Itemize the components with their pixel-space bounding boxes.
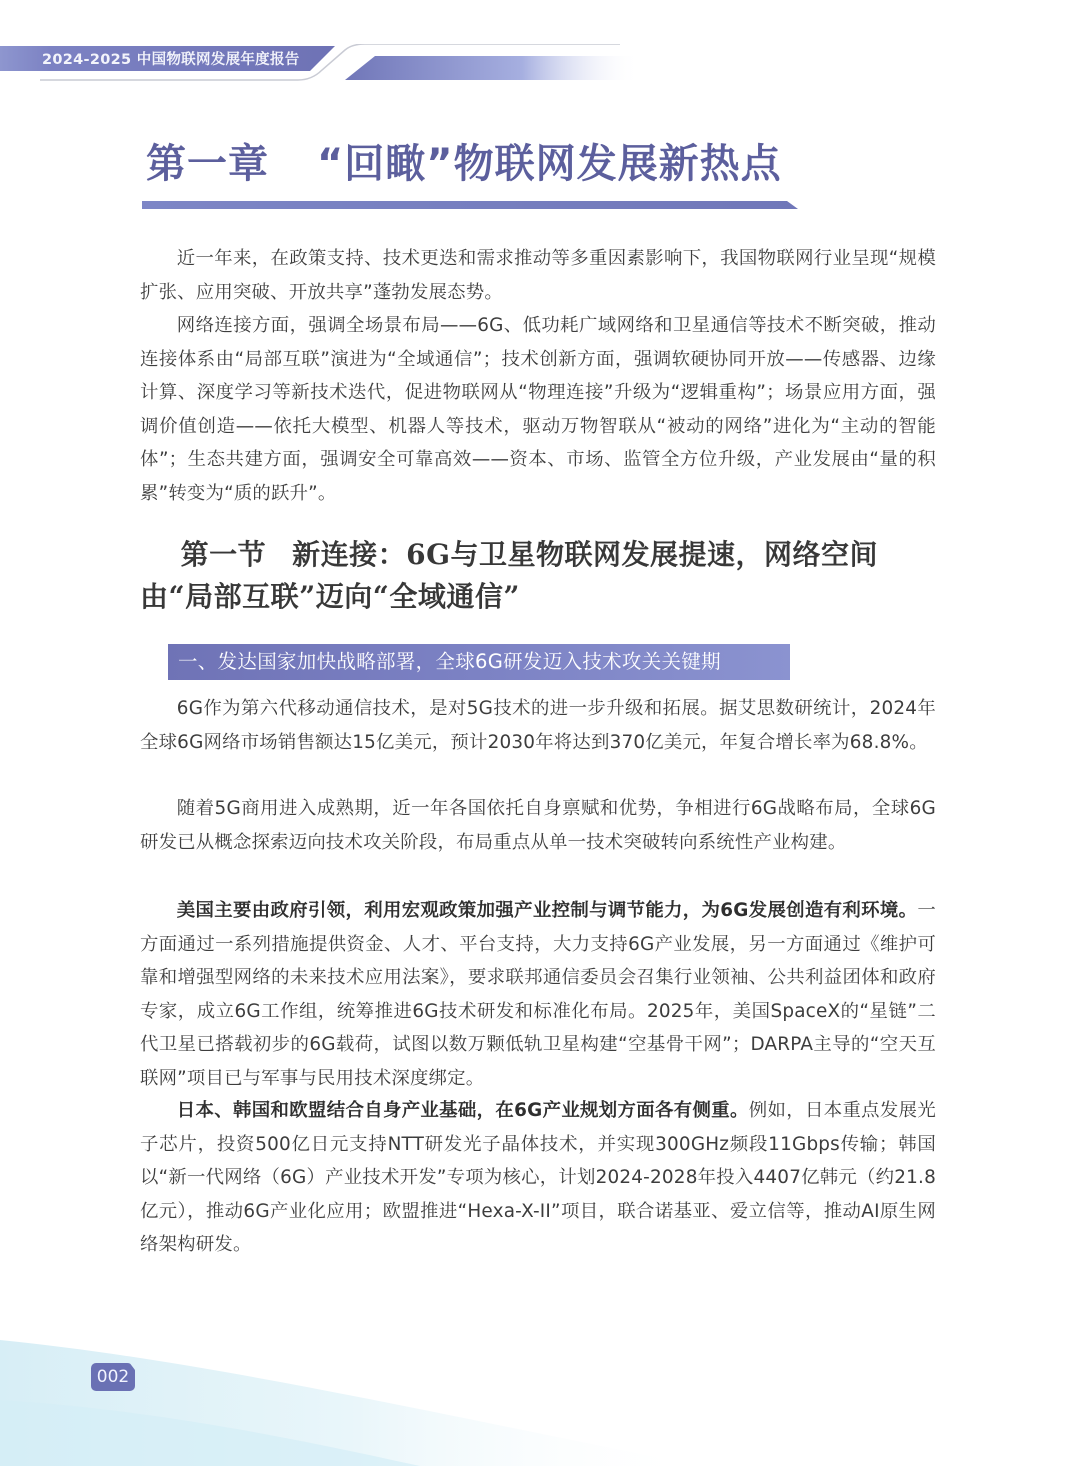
running-title: 2024-2025 中国物联网发展年度报告 (42, 48, 300, 69)
paragraph-lead: 日本、韩国和欧盟结合自身产业基础，在6G产业规划方面各有侧重。 (177, 1100, 749, 1121)
running-header: 2024-2025 中国物联网发展年度报告 (0, 44, 1080, 84)
paragraph-text: 例如，日本重点发展光子芯片，投资500亿日元支持NTT研发光子晶体技术，并实现3… (140, 1100, 936, 1255)
body-paragraph-4: 日本、韩国和欧盟结合自身产业基础，在6G产业规划方面各有侧重。例如，日本重点发展… (140, 1094, 936, 1262)
intro-paragraph-1: 近一年来，在政策支持、技术更迭和需求推动等多重因素影响下，我国物联网行业呈现“规… (140, 242, 936, 309)
subsection-heading: 一、发达国家加快战略部署，全球6G研发迈入技术攻关关键期 (168, 644, 790, 680)
footer-wave-decoration (0, 1290, 1080, 1466)
paragraph-text: 6G作为第六代移动通信技术，是对5G技术的进一步升级和拓展。据艾思数研统计，20… (140, 698, 936, 753)
page-number: 002 (91, 1363, 135, 1391)
section-number: 第一节 (181, 538, 267, 571)
paragraph-text: 一方面通过一系列措施提供资金、人才、平台支持，大力支持6G产业发展，另一方面通过… (140, 900, 936, 1089)
body-paragraph-1: 6G作为第六代移动通信技术，是对5G技术的进一步升级和拓展。据艾思数研统计，20… (140, 692, 936, 759)
paragraph-lead: 美国主要由政府引领，利用宏观政策加强产业控制与调节能力，为6G发展创造有利环境。 (177, 900, 918, 921)
section-title: 第一节新连接：6G与卫星物联网发展提速，网络空间由“局部互联”迈向“全域通信” (140, 534, 940, 618)
chapter-title: 第一章“回瞰”物联网发展新热点 (146, 132, 782, 189)
intro-paragraph-2: 网络连接方面，强调全场景布局——6G、低功耗广域网络和卫星通信等技术不断突破，推… (140, 309, 936, 510)
paragraph-text: 随着5G商用进入成熟期，近一年各国依托自身禀赋和优势，争相进行6G战略布局，全球… (140, 798, 936, 853)
chapter-title-text: “回瞰”物联网发展新热点 (317, 141, 782, 187)
chapter-number: 第一章 (146, 141, 269, 187)
body-paragraph-3: 美国主要由政府引领，利用宏观政策加强产业控制与调节能力，为6G发展创造有利环境。… (140, 894, 936, 1095)
body-paragraph-2: 随着5G商用进入成熟期，近一年各国依托自身禀赋和优势，争相进行6G战略布局，全球… (140, 792, 936, 859)
chapter-title-rule (142, 201, 798, 209)
